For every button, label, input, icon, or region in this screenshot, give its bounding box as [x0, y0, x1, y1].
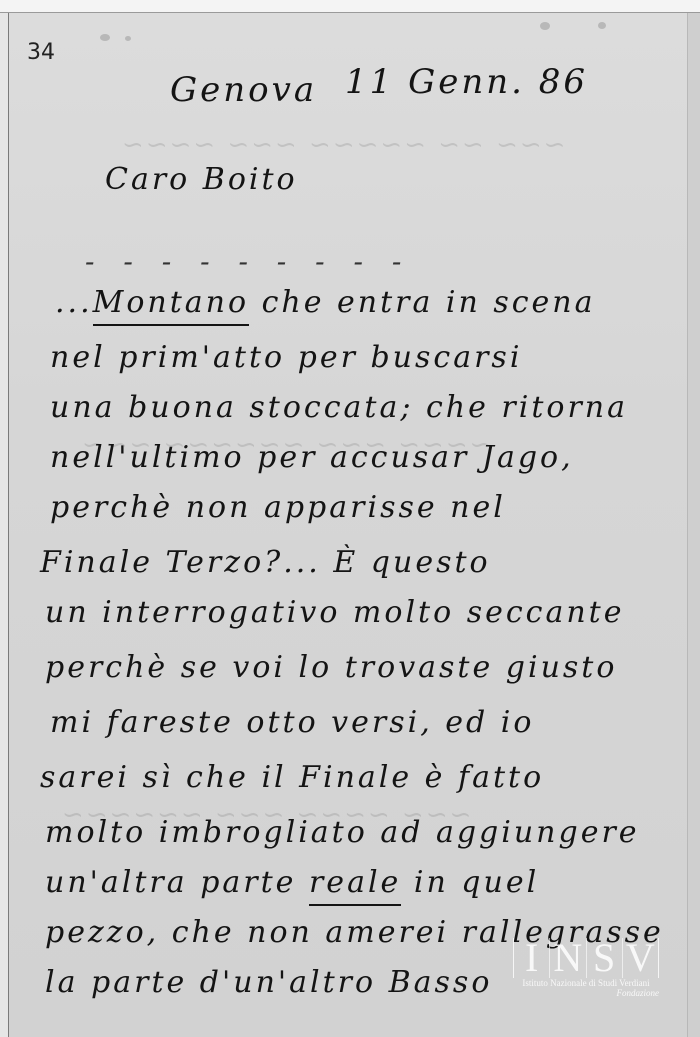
- bleed-through-text: ~~~ ~~ ~~~~~ ~~~ ~~~~: [120, 130, 565, 160]
- ellipsis-line: - - - - - - - - -: [85, 245, 411, 278]
- insv-watermark: I N S V Istituto Nazionale di Studi Verd…: [513, 938, 659, 1000]
- page-number: 34: [27, 40, 55, 65]
- watermark-institution: Istituto Nazionale di Studi Verdiani: [513, 978, 659, 988]
- letter-place: Genova: [170, 70, 317, 110]
- pin-mark: [598, 22, 606, 29]
- watermark-letter: N: [550, 938, 586, 978]
- letter-line-12: un'altra parte reale in quel: [45, 865, 539, 900]
- watermark-letter: S: [587, 938, 623, 978]
- letter-line-5: perchè non apparisse nel: [50, 490, 506, 525]
- letter-line-6: Finale Terzo?... È questo: [40, 545, 491, 580]
- scan-top-strip: [0, 0, 700, 13]
- letter-line-8: perchè se voi lo trovaste giusto: [45, 650, 617, 685]
- letter-date: 11 Genn. 86: [345, 62, 588, 102]
- watermark-letters: I N S V: [513, 938, 659, 978]
- letter-line-1: ...Montano che entra in scena: [55, 285, 596, 320]
- watermark-letter: V: [623, 938, 658, 978]
- line-12-end: in quel: [401, 865, 539, 900]
- scan-right-edge: [687, 13, 700, 1037]
- letter-line-4: nell'ultimo per accusar Jago,: [50, 440, 574, 475]
- letter-line-2: nel prim'atto per buscarsi: [50, 340, 522, 375]
- pin-mark: [100, 34, 110, 41]
- leading-dots: ...: [55, 285, 93, 320]
- letter-line-9: mi fareste otto versi, ed io: [50, 705, 534, 740]
- letter-line-7: un interrogativo molto seccante: [45, 595, 624, 630]
- letter-line-14: la parte d'un'altro Basso: [45, 965, 492, 1000]
- salutation: Caro Boito: [105, 162, 298, 197]
- line-12-start: un'altra parte: [45, 865, 309, 900]
- pin-mark: [540, 22, 550, 30]
- underlined-word-reale: reale: [309, 865, 401, 906]
- underlined-word-montano: Montano: [93, 285, 249, 326]
- letter-line-11: molto imbrogliato ad aggiungere: [45, 815, 640, 850]
- line-1-rest: che entra in scena: [249, 285, 595, 320]
- watermark-subtitle: Fondazione: [513, 988, 659, 998]
- watermark-letter: I: [514, 938, 550, 978]
- letter-line-3: una buona stoccata; che ritorna: [50, 390, 628, 425]
- letter-line-10: sarei sì che il Finale è fatto: [40, 760, 544, 795]
- pin-mark: [125, 36, 131, 41]
